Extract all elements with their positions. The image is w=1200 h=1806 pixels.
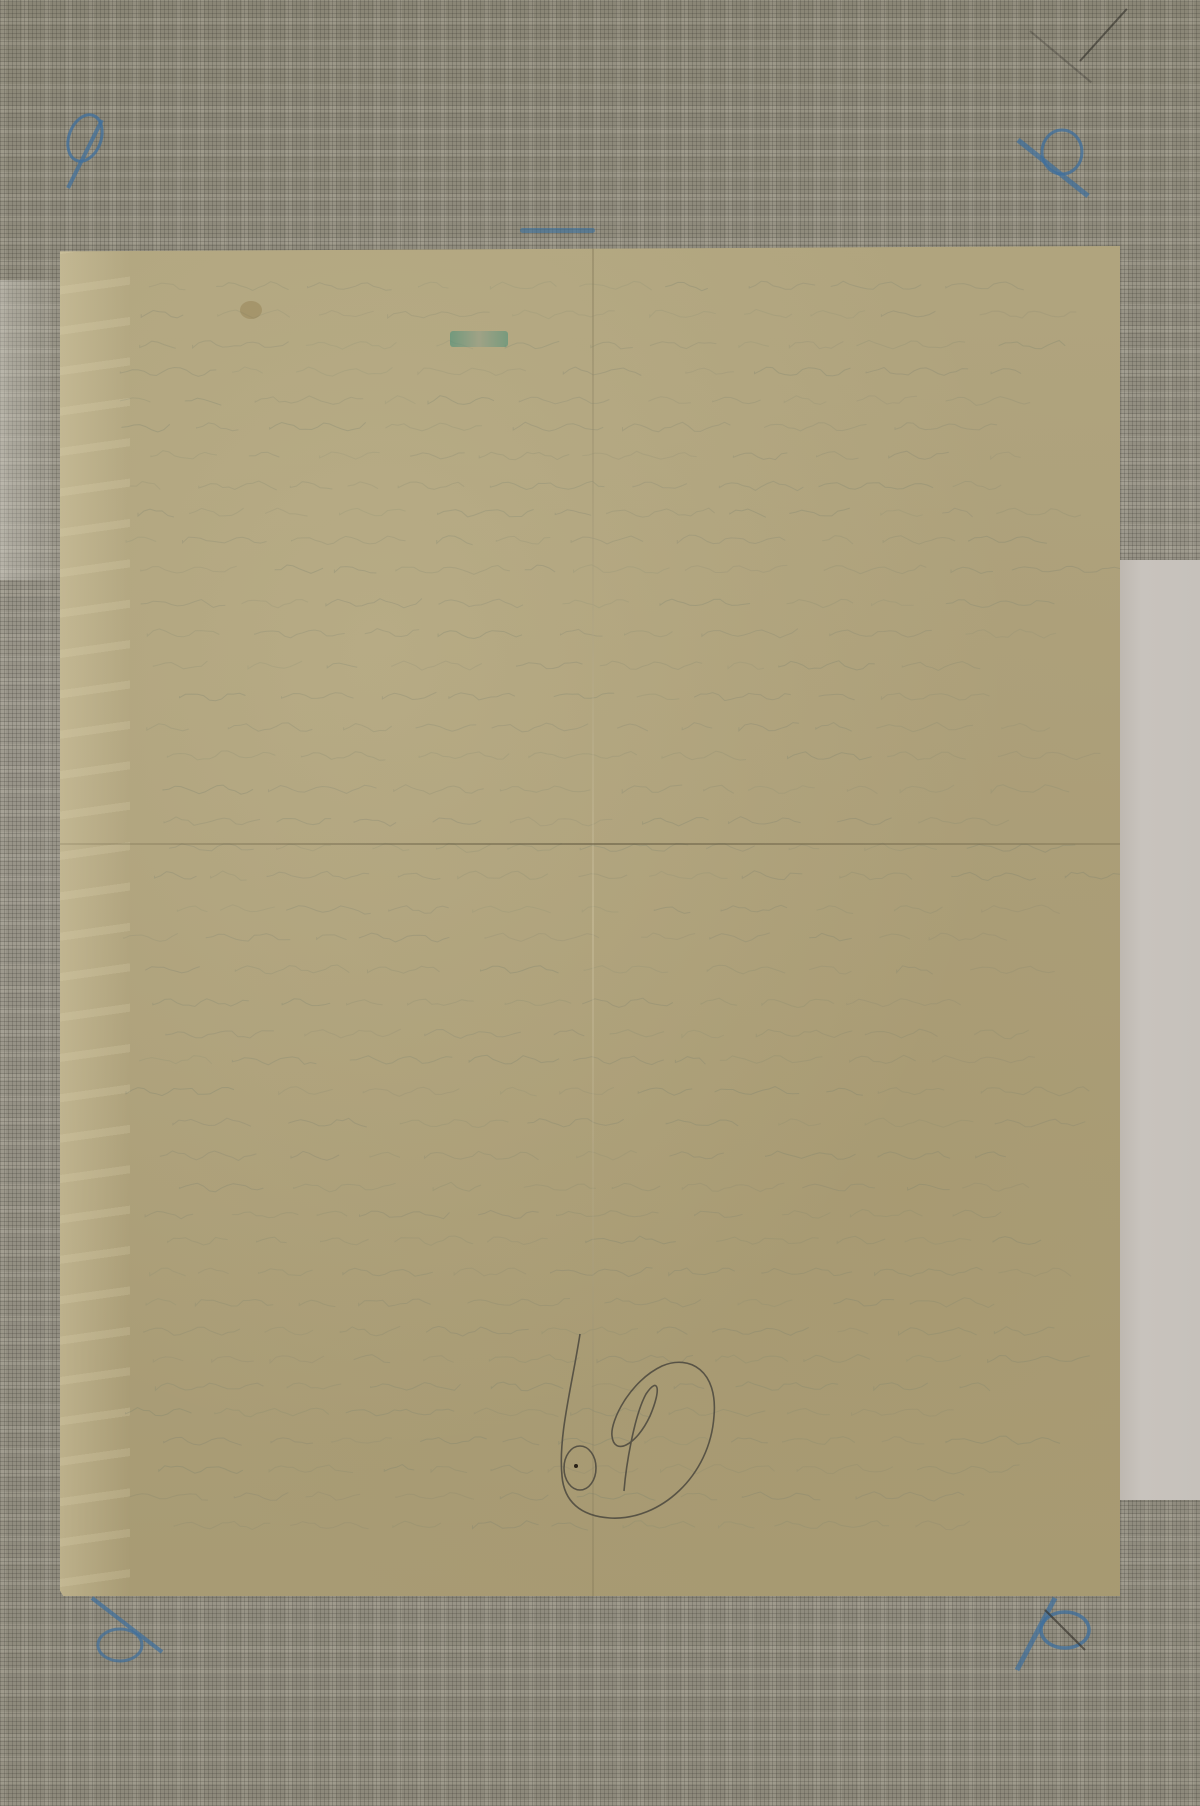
corner-mark-top-left-icon xyxy=(40,100,130,190)
mat-scratch-line xyxy=(1079,8,1127,61)
folio-number-pencil xyxy=(550,1326,720,1521)
paper-stain xyxy=(240,301,262,319)
blue-alignment-mark xyxy=(520,228,595,233)
mat-glare xyxy=(0,280,70,580)
tape-residue-mark xyxy=(450,331,508,347)
horizontal-fold xyxy=(60,843,1120,845)
corner-mark-top-right-icon xyxy=(1010,110,1100,200)
corner-mark-bottom-left-icon xyxy=(80,1590,170,1680)
document-sheet: 60 xyxy=(60,246,1120,1596)
corner-mark-bottom-right-icon xyxy=(1005,1590,1095,1680)
backing-card xyxy=(1116,560,1200,1500)
